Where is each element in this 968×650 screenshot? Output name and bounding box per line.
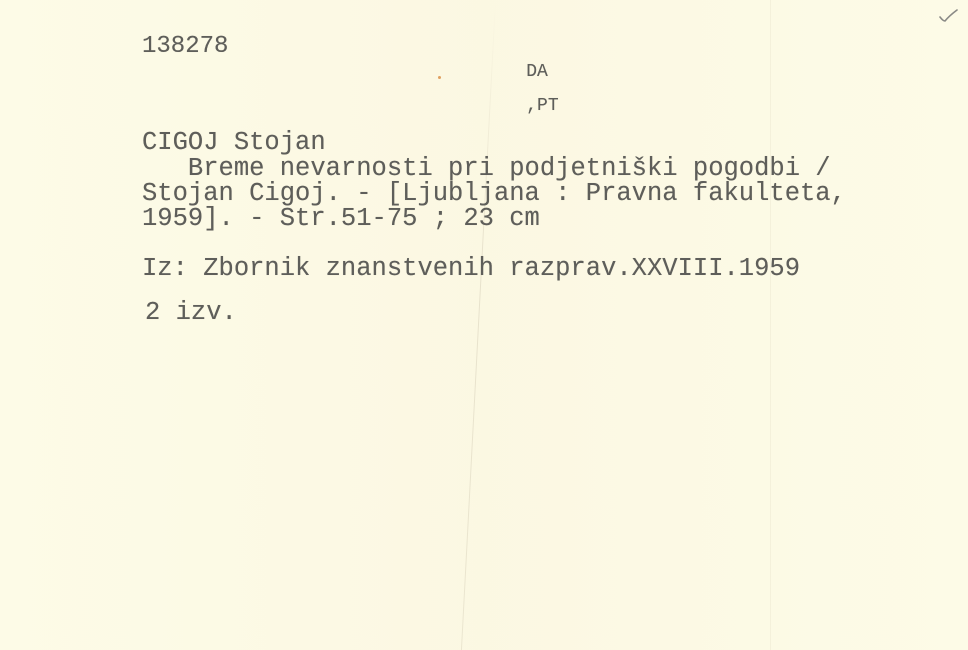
paper-speck (438, 76, 441, 79)
author-heading: CIGOJ Stojan (142, 130, 326, 155)
extent-line: 1959]. - Str.51-75 ; 23 cm (142, 206, 540, 231)
classification-codes: DA ,PT (465, 32, 559, 138)
code-secondary: ,PT (526, 96, 558, 116)
checkmark-icon (938, 8, 958, 24)
title-line: Breme nevarnosti pri podjetniški pogodbi… (142, 156, 831, 181)
catalog-card: 138278 DA ,PT CIGOJ Stojan Breme nevarno… (0, 0, 968, 650)
card-crease-faint (770, 0, 771, 650)
accession-number: 138278 (142, 34, 228, 59)
code-primary: DA (526, 62, 548, 82)
publication-line: Stojan Cigoj. - [Ljubljana : Pravna faku… (142, 181, 846, 206)
copies-note: 2 izv. (145, 300, 237, 325)
source-note: Iz: Zbornik znanstvenih razprav.XXVIII.1… (142, 256, 800, 281)
